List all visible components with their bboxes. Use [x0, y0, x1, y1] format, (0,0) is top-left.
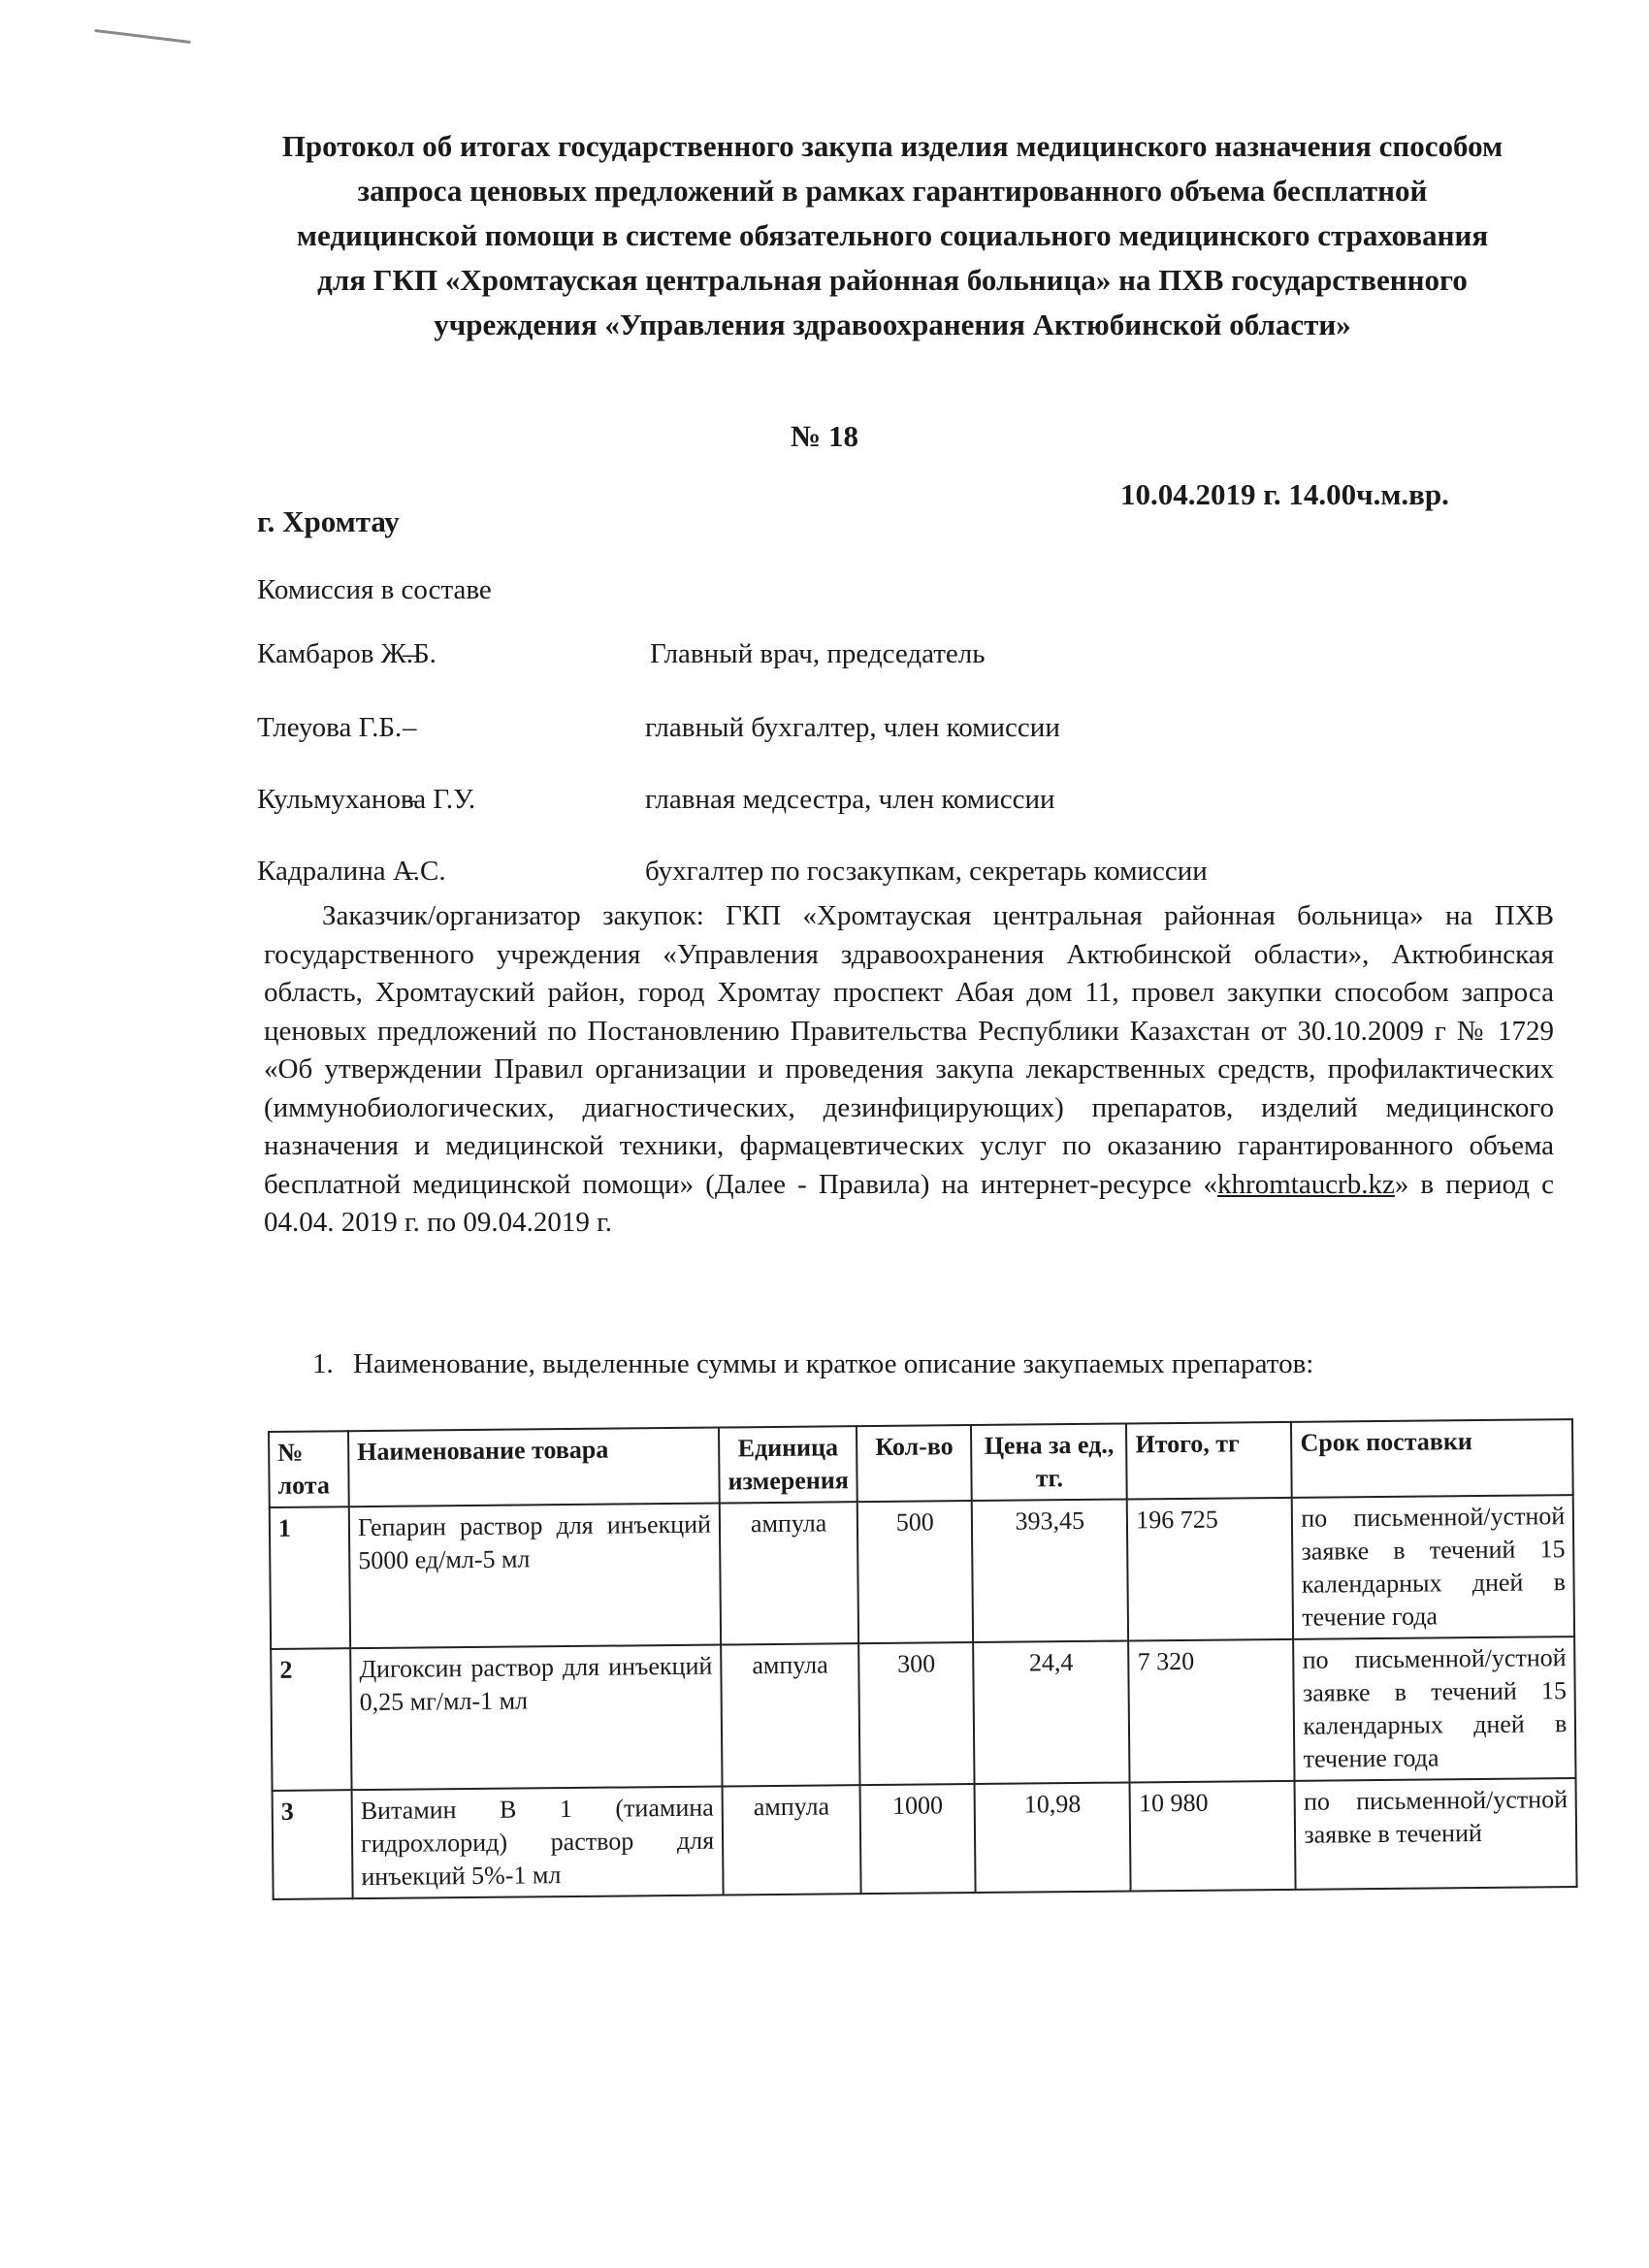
cell-product-name: Витамин В 1 (тиамина гидрохлорид) раство…: [352, 1787, 724, 1899]
table-row: 2 Дигоксин раствор для инъекций 0,25 мг/…: [271, 1636, 1576, 1791]
section-heading: 1.Наименование, выделенные суммы и кратк…: [312, 1348, 1313, 1380]
cell-unit: ампула: [721, 1643, 860, 1786]
member-role: бухгалтер по госзакупкам, секретарь коми…: [645, 856, 1208, 888]
cell-unit-price: 393,45: [972, 1499, 1128, 1642]
member-name: Кадралина А.С.: [257, 856, 446, 888]
table-row: 1 Гепарин раствор для инъекций 5000 ед/м…: [270, 1495, 1575, 1649]
document-title: Протокол об итогах государственного заку…: [281, 124, 1503, 347]
cell-delivery-term: по письменной/устной заявке в течений 15…: [1293, 1636, 1575, 1781]
header-delivery-term: Срок поставки: [1291, 1419, 1573, 1498]
cell-delivery-term: по письменной/устной заявке в течений: [1295, 1778, 1577, 1890]
header-unit-price: Цена за ед., тг.: [971, 1424, 1127, 1502]
member-dash: –: [403, 712, 417, 744]
scan-artifact-mark: [94, 29, 191, 44]
cell-unit-price: 24,4: [973, 1640, 1129, 1784]
commission-member: Кульмуханова Г.У. – главная медсестра, ч…: [257, 784, 1421, 823]
member-dash: –: [403, 638, 417, 670]
cell-unit: ампула: [723, 1785, 861, 1895]
cell-total: 10 980: [1130, 1781, 1296, 1892]
cell-total: 7 320: [1128, 1639, 1294, 1783]
member-name: Тлеуова Г.Б.: [257, 712, 402, 744]
cell-total: 196 725: [1127, 1498, 1293, 1641]
cell-lot-number: 3: [273, 1790, 353, 1899]
section-number: 1.: [312, 1348, 353, 1380]
lots-table: № лота Наименование товара Единица измер…: [268, 1418, 1578, 1900]
commission-member: Камбаров Ж.Б. – Главный врач, председате…: [257, 638, 1421, 677]
intro-text: Заказчик/организатор закупок: ГКП «Хромт…: [264, 900, 1554, 1200]
cell-product-name: Дигоксин раствор для инъекций 0,25 мг/мл…: [350, 1645, 722, 1791]
protocol-datetime: 10.04.2019 г. 14.00ч.м.вр.: [1120, 477, 1449, 512]
member-dash: –: [403, 856, 417, 888]
cell-quantity: 500: [857, 1501, 973, 1643]
cell-lot-number: 2: [271, 1648, 351, 1791]
table-row: 3 Витамин В 1 (тиамина гидрохлорид) раст…: [273, 1778, 1577, 1899]
member-role: главный бухгалтер, член комиссии: [645, 712, 1060, 744]
website-link[interactable]: khromtaucrb.kz: [1217, 1169, 1395, 1200]
commission-label: Комиссия в составе: [257, 574, 492, 606]
cell-delivery-term: по письменной/устной заявке в течений 15…: [1292, 1495, 1574, 1639]
commission-member: Тлеуова Г.Б. – главный бухгалтер, член к…: [257, 712, 1421, 751]
header-quantity: Кол-во: [857, 1425, 972, 1502]
cell-unit-price: 10,98: [975, 1782, 1131, 1893]
cell-quantity: 1000: [860, 1784, 976, 1894]
cell-quantity: 300: [858, 1642, 974, 1785]
member-role: Главный врач, председатель: [650, 638, 985, 670]
table-header-row: № лота Наименование товара Единица измер…: [269, 1419, 1573, 1507]
cell-lot-number: 1: [270, 1507, 350, 1649]
section-text: Наименование, выделенные суммы и краткое…: [353, 1348, 1313, 1379]
header-lot-number: № лота: [269, 1431, 349, 1507]
member-name: Кульмуханова Г.У.: [257, 784, 475, 816]
commission-member: Кадралина А.С. – бухгалтер по госзакупка…: [257, 856, 1421, 894]
intro-paragraph: Заказчик/организатор закупок: ГКП «Хромт…: [264, 897, 1554, 1243]
protocol-number: № 18: [0, 419, 1649, 454]
cell-unit: ампула: [720, 1502, 859, 1644]
header-total: Итого, тг: [1126, 1422, 1292, 1500]
protocol-city: г. Хромтау: [257, 504, 400, 539]
header-unit: Единица измерения: [719, 1426, 857, 1503]
member-role: главная медсестра, член комиссии: [645, 784, 1055, 816]
cell-product-name: Гепарин раствор для инъекций 5000 ед/мл-…: [349, 1504, 721, 1649]
header-product-name: Наименование товара: [348, 1428, 720, 1507]
member-dash: –: [403, 784, 417, 816]
